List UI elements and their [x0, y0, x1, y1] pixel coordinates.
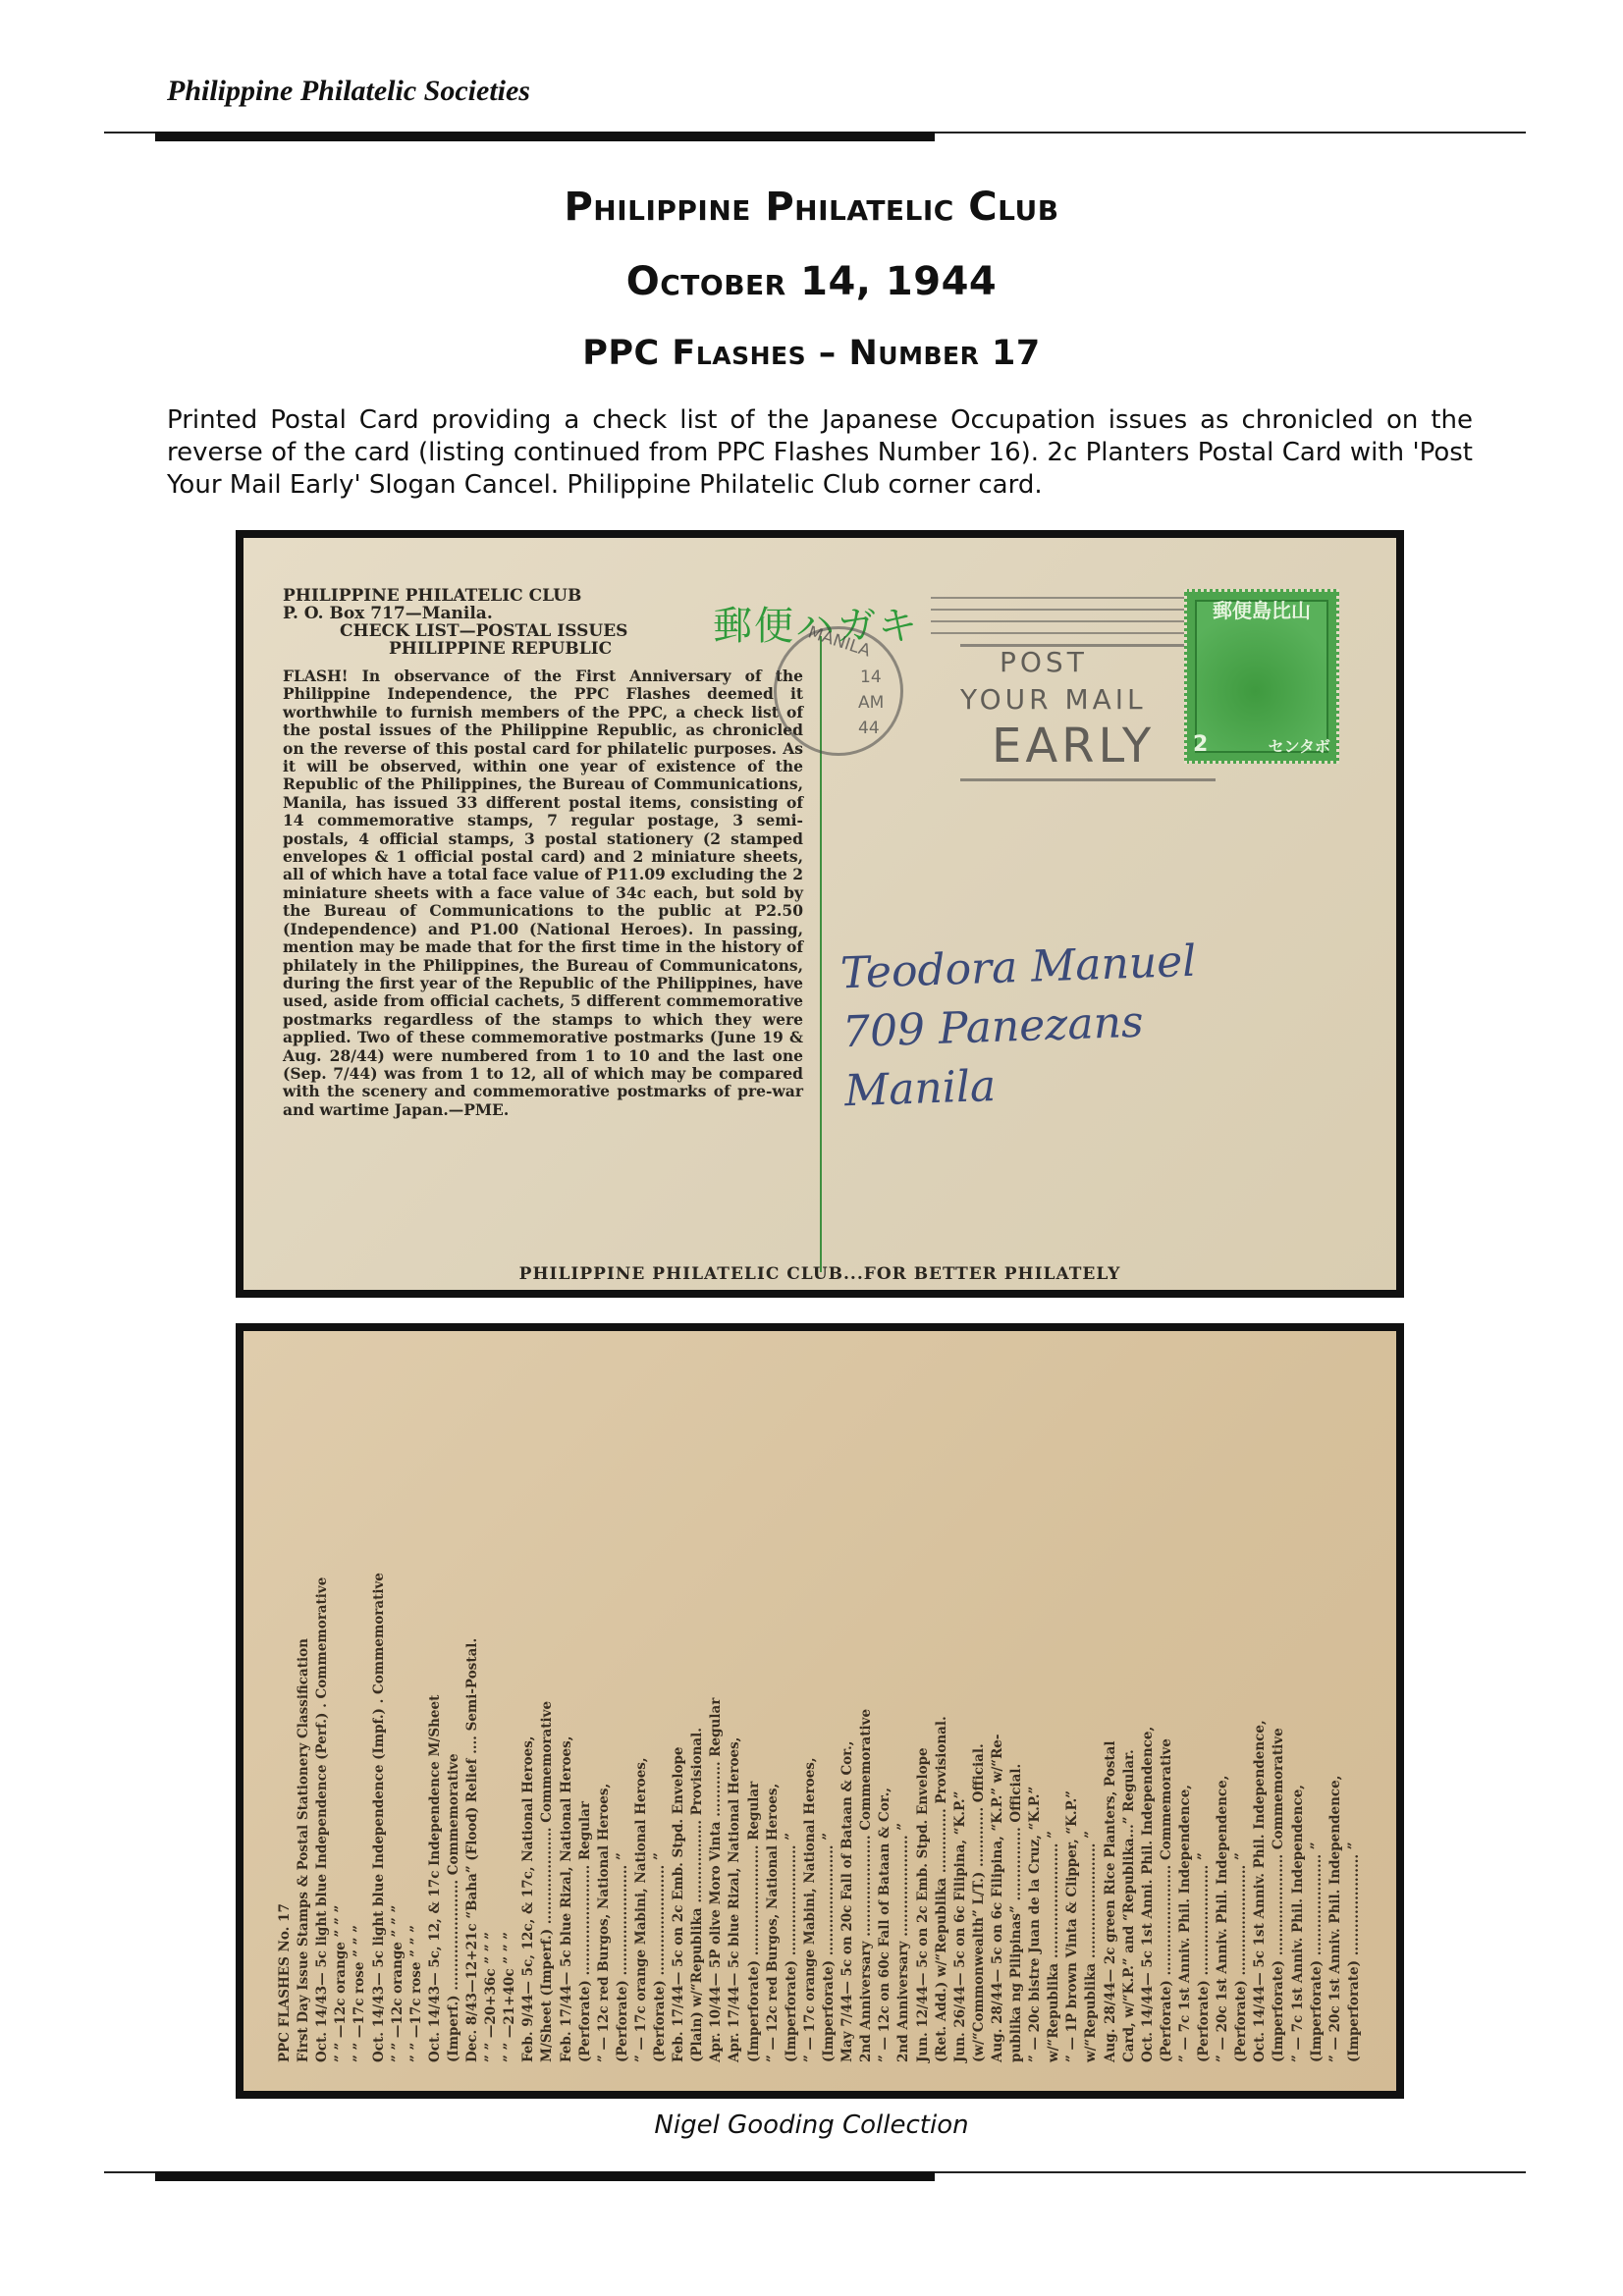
corner-card-text: PHILIPPINE PHILATELIC CLUB P. O. Box 717…: [283, 587, 627, 658]
check-list-line: Feb. 9/44— 5c, 12c, & 17c, National Hero…: [520, 1361, 536, 2062]
check-list-line: Apr. 10/44— 5P olive Moro Vinta ........…: [708, 1361, 724, 2062]
corner-line: PHILIPPINE REPUBLIC: [283, 640, 627, 658]
corner-line: P. O. Box 717—Manila.: [283, 605, 627, 622]
cancel-wave-line: [931, 597, 1186, 599]
check-list-line: ” — 20c 1st Anniv. Phil. Independence,: [1215, 1361, 1230, 2062]
check-list-line: Aug. 28/44— 5c on 6c Filipina, “K.P.” w/…: [990, 1361, 1005, 2062]
stamp-numeral: 2: [1193, 732, 1208, 757]
check-list-line: ” — 7c 1st Anniv. Phil. Independence,: [1290, 1361, 1306, 2062]
stamp-value-text: センタボ: [1269, 734, 1330, 757]
flash-announcement-text: FLASH! In observance of the First Annive…: [283, 667, 803, 1119]
check-list-line: Card, w/“K.P.” and “Republika...” Regula…: [1121, 1361, 1137, 2062]
footer-rule-thick: [155, 2171, 935, 2181]
check-list-line: ” ” —12c orange ” ” ”: [333, 1361, 349, 2062]
check-list-line: ” — 12c red Burgos, National Heroes,: [596, 1361, 612, 2062]
printed-stamp-2c-planters: 郵便島比山 2 センタボ: [1184, 589, 1339, 764]
check-list-line: ” ” —17c rose ” ” ”: [352, 1361, 367, 2062]
check-list-line: ” — 20c bistre Juan de la Cruz, “K.P.”: [1027, 1361, 1043, 2062]
check-list-line: (Imperforate) ...................... ”: [1346, 1361, 1362, 2062]
check-list-line: (Perforate) ........................ Reg…: [577, 1361, 593, 2062]
postmark-year: 44: [858, 719, 880, 738]
check-list-line: w/“Republika ......................... ”: [1046, 1361, 1061, 2062]
collection-caption: Nigel Gooding Collection: [0, 2110, 1623, 2140]
check-list-line: ” — 12c on 60c Fall of Bataan & Cor.,: [877, 1361, 893, 2062]
check-list-columns: PPC FLASHES No. 17First Day Issue Stamps…: [277, 1361, 1365, 2062]
corner-line: PHILIPPINE PHILATELIC CLUB: [283, 587, 627, 605]
check-list-line: (Imperforate) ........................ R…: [746, 1361, 762, 2062]
check-list-line: (w/“Commonwealth” L/T.) ............. Of…: [971, 1361, 987, 2062]
cancel-wave-line: [931, 620, 1186, 622]
check-list-line: Oct. 14/44— 5c 1st Anni. Phil. Independe…: [1140, 1361, 1156, 2062]
check-list-line: Jun. 12/44— 5c on 2c Emb. Stpd. Envelope: [915, 1361, 931, 2062]
check-list-line: 2nd Anniversary ...................... C…: [858, 1361, 874, 2062]
check-list-line: ” ” —12c orange ” ” ”: [390, 1361, 406, 2062]
check-list-line: (Perforate) ........................ ”: [1233, 1361, 1249, 2062]
check-list-line: ” — 17c orange Mabini, National Heroes,: [802, 1361, 818, 2062]
postmark-day: 14: [860, 667, 882, 687]
check-list-line: (Imperforate) ........................ ”: [784, 1361, 799, 2062]
postmark-time: AM: [858, 693, 884, 713]
check-list-line: M/Sheet (Imperf.) ..................... …: [539, 1361, 555, 2062]
card-footer-slogan: PHILIPPINE PHILATELIC CLUB...FOR BETTER …: [243, 1264, 1396, 1284]
check-list-line: Jun. 26/44— 5c on 6c Filipina, “K.P.”: [952, 1361, 968, 2062]
handwritten-address: Teodora Manuel 709 Panezans Manila: [839, 933, 1202, 1122]
check-list-line: First Day Issue Stamps & Postal Statione…: [296, 1361, 311, 2062]
check-list-line: ” ” —21+40c ” ” ”: [502, 1361, 517, 2062]
check-list-line: ” — 12c red Burgos, National Heroes,: [765, 1361, 781, 2062]
slogan-cancel: POST YOUR MAIL EARLY: [960, 644, 1216, 781]
check-list-line: Oct. 14/44— 5c 1st Anniv. Phil. Independ…: [1252, 1361, 1268, 2062]
postal-card-front-image: PHILIPPINE PHILATELIC CLUB P. O. Box 717…: [236, 530, 1404, 1298]
page-subtitle: PPC Flashes – Number 17: [0, 334, 1623, 373]
header-rule-thick: [155, 132, 935, 141]
check-list-line: ” ” —20+36c ” ” ”: [483, 1361, 499, 2062]
corner-line: CHECK LIST—POSTAL ISSUES: [283, 622, 627, 640]
page-title: Philippine Philatelic Club: [0, 185, 1623, 230]
check-list-line: (Ret. Add.) w/“Republika .............. …: [934, 1361, 949, 2062]
page-date: October 14, 1944: [0, 259, 1623, 304]
check-list-line: Aug. 28/44— 2c green Rice Planters, Post…: [1103, 1361, 1118, 2062]
check-list-line: ” ” —17c rose ” ” ”: [408, 1361, 424, 2062]
slogan-top-line: [960, 644, 1216, 647]
check-list-line: publika ng Pilipinas” ................ O…: [1008, 1361, 1024, 2062]
check-list-line: 2nd Anniversary ...................... ”: [895, 1361, 911, 2062]
check-list-line: (Plain) w/“Republika .................. …: [689, 1361, 705, 2062]
check-list-line: ” — 17c orange Mabini, National Heroes,: [633, 1361, 649, 2062]
check-list-line: ” — 7c 1st Anniv. Phil. Independence,: [1177, 1361, 1193, 2062]
slogan-line-1: POST: [1000, 646, 1088, 678]
check-list-line: (Imperforate) ........................ ”: [821, 1361, 837, 2062]
check-list-line: Oct. 14/43— 5c light blue Independence (…: [371, 1361, 387, 2062]
check-list-line: Oct. 14/43— 5c light blue Independence (…: [314, 1361, 330, 2062]
check-list-line: Feb. 17/44— 5c blue Rizal, National Hero…: [559, 1361, 574, 2062]
check-list-line: (Perforate) ........................ ”: [615, 1361, 630, 2062]
check-list-line: (Imperforate) ...................... ”: [1309, 1361, 1325, 2062]
check-list-line: ” — 1P brown Vinta & Clipper, “K.P.”: [1064, 1361, 1080, 2062]
check-list-line: (Perforate) ........................ Com…: [1159, 1361, 1174, 2062]
postal-card-back-image: PPC FLASHES No. 17First Day Issue Stamps…: [236, 1323, 1404, 2099]
check-list-line: Dec. 8/43—12+21c “Baha” (Flood) Relief .…: [464, 1361, 480, 2062]
item-description: Printed Postal Card providing a check li…: [167, 404, 1473, 502]
check-list-line: w/“Republika ......................... ”: [1083, 1361, 1099, 2062]
check-list-line: Feb. 17/44— 5c on 2c Emb. Stpd. Envelope: [671, 1361, 686, 2062]
check-list-line: (Imperforate) ...................... Com…: [1271, 1361, 1286, 2062]
cancel-wave-line: [931, 632, 1186, 634]
slogan-line-3: EARLY: [992, 719, 1155, 774]
slogan-bottom-line: [960, 778, 1216, 781]
check-list-line: May 7/44— 5c on 20c Fall of Bataan & Cor…: [839, 1361, 855, 2062]
check-list-line: Oct. 14/43— 5c, 12, & 17c Independence M…: [427, 1361, 443, 2062]
address-line: Teodora Manuel: [839, 933, 1197, 1004]
running-header-title: Philippine Philatelic Societies: [167, 75, 530, 108]
cancel-wave-line: [931, 609, 1186, 611]
check-list-line: Apr. 17/44— 5c blue Rizal, National Hero…: [727, 1361, 742, 2062]
check-list-line: (Imperf.) ........................ Comme…: [446, 1361, 461, 2062]
address-line: Manila: [843, 1050, 1201, 1122]
check-list-line: (Perforate) ........................ ”: [1196, 1361, 1212, 2062]
check-list-line: ” — 20c 1st Anniv. Phil. Independence,: [1327, 1361, 1343, 2062]
stamp-inscription: 郵便島比山: [1187, 595, 1336, 623]
slogan-line-2: YOUR MAIL: [960, 683, 1147, 716]
check-list-line: (Perforate) ........................ ”: [652, 1361, 668, 2062]
check-list-line: PPC FLASHES No. 17: [277, 1361, 293, 2062]
